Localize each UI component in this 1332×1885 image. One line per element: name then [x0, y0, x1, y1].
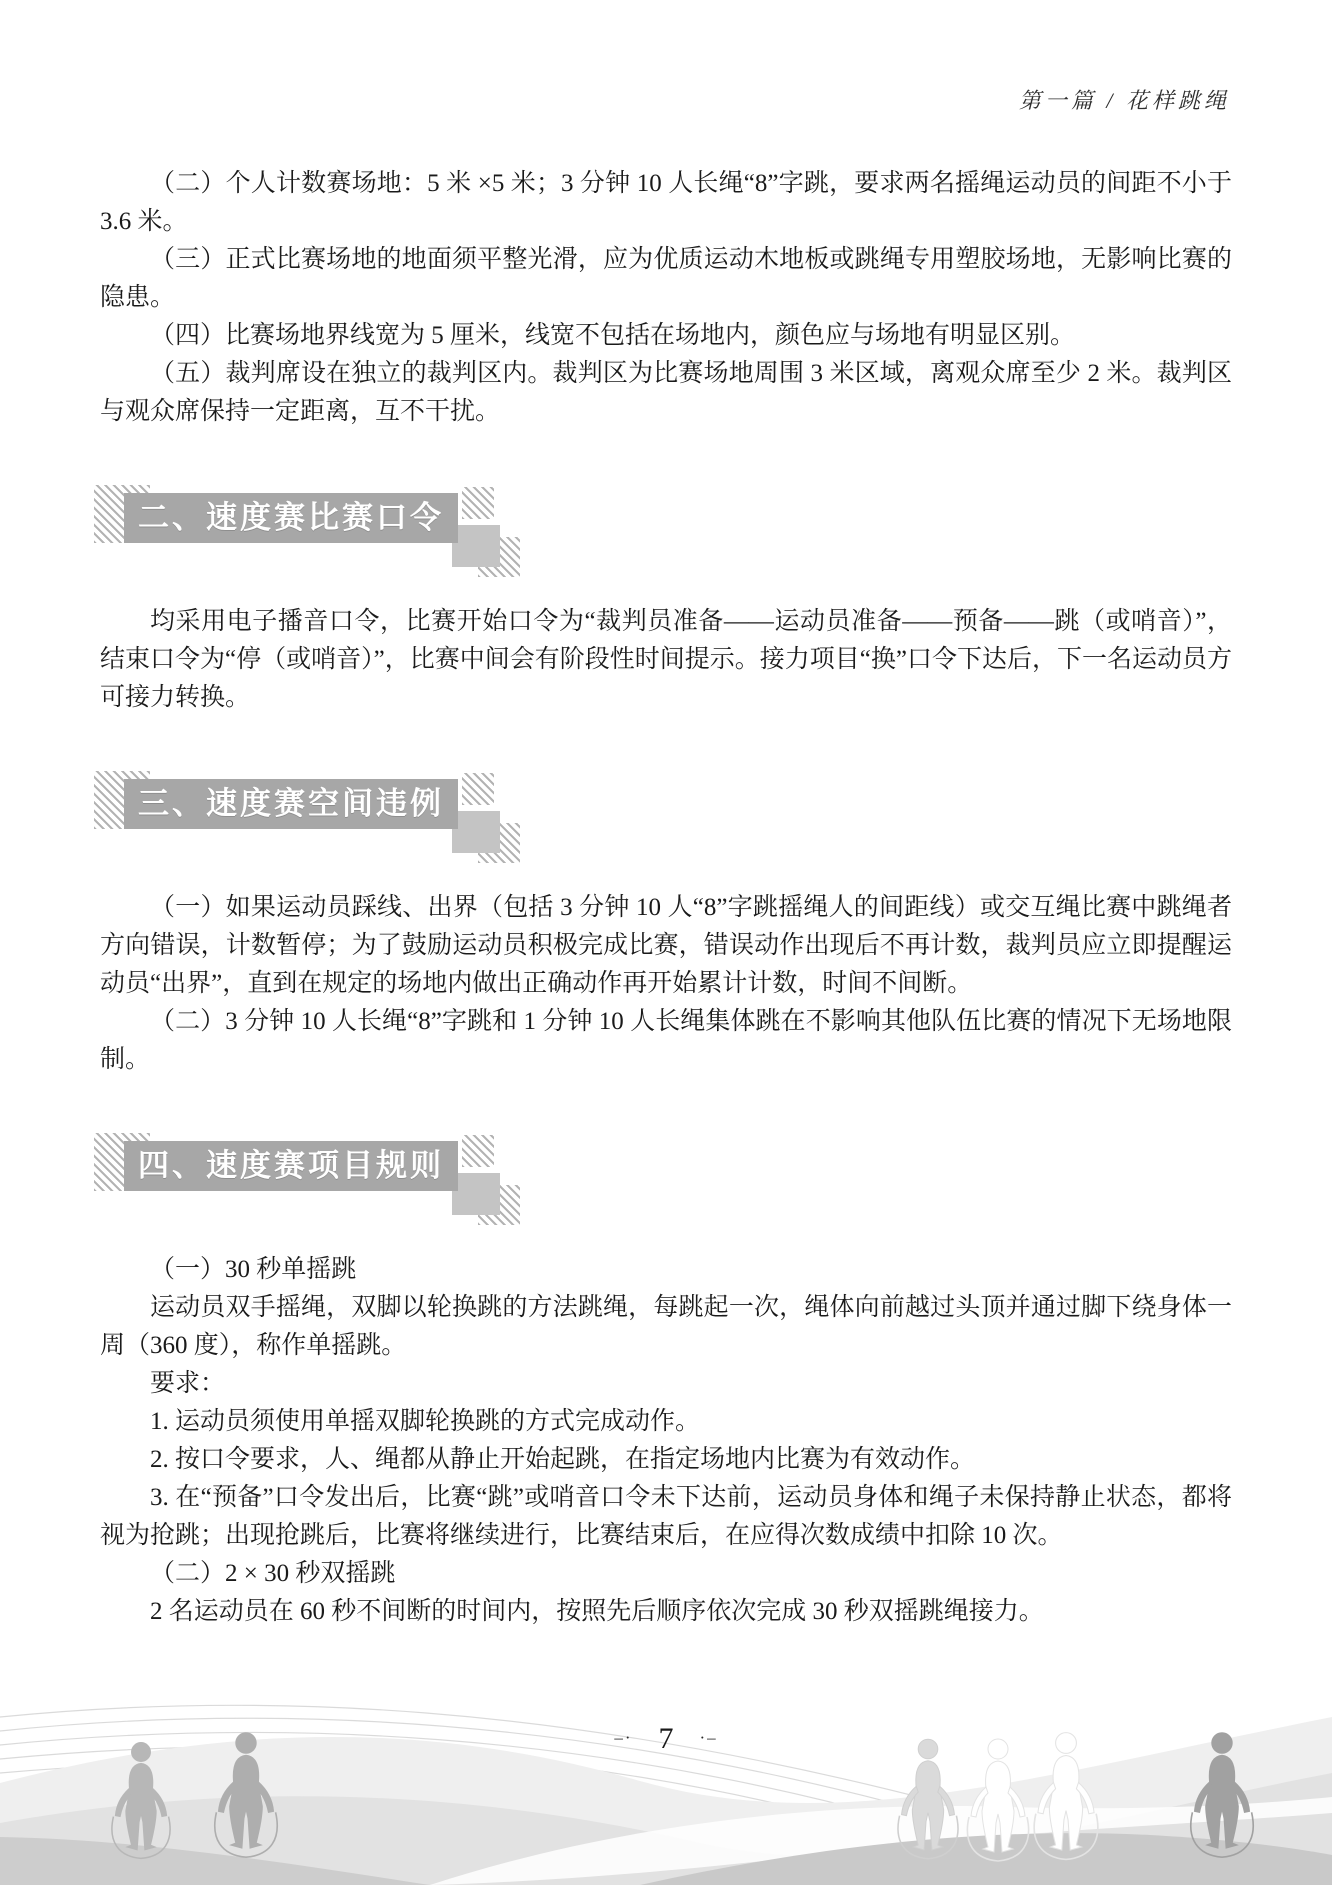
paragraph: 1. 运动员须使用单摇双脚轮换跳的方式完成动作。: [100, 1403, 1232, 1441]
running-head: 第一篇 / 花样跳绳: [1019, 84, 1230, 115]
section-heading-text: 三、速度赛空间违例: [138, 785, 444, 823]
section-heading-text: 二、速度赛比赛口令: [138, 499, 444, 537]
page-number-ornament-right: ·–: [700, 1728, 718, 1747]
paragraph: （二）2 × 30 秒双摇跳: [100, 1555, 1232, 1593]
page-number-ornament-left: –·: [614, 1728, 632, 1747]
page-body: （二）个人计数赛场地：5 米 ×5 米；3 分钟 10 人长绳“8”字跳，要求两…: [100, 165, 1232, 1631]
paragraph: 要求：: [100, 1365, 1232, 1403]
paragraph: （二）3 分钟 10 人长绳“8”字跳和 1 分钟 10 人长绳集体跳在不影响其…: [100, 1003, 1232, 1079]
section-heading: 二、速度赛比赛口令: [124, 493, 458, 543]
section-heading: 三、速度赛空间违例: [124, 779, 458, 829]
square-decoration: [452, 1173, 500, 1215]
section-heading-banner-3: 三、速度赛空间违例: [100, 779, 1232, 831]
book-page: 第一篇 / 花样跳绳 （二）个人计数赛场地：5 米 ×5 米；3 分钟 10 人…: [0, 0, 1332, 1885]
footer-wave-art: [0, 1655, 1332, 1885]
paragraph: （五）裁判席设在独立的裁判区内。裁判区为比赛场地周围 3 米区域，离观众席至少 …: [100, 355, 1232, 431]
hatch-decoration-right: [462, 773, 494, 805]
section-heading-banner-2: 二、速度赛比赛口令: [100, 493, 1232, 545]
page-number-value: 7: [633, 1722, 700, 1755]
square-decoration: [452, 811, 500, 853]
square-decoration: [452, 525, 500, 567]
paragraph: （二）个人计数赛场地：5 米 ×5 米；3 分钟 10 人长绳“8”字跳，要求两…: [100, 165, 1232, 241]
hatch-decoration-right: [462, 487, 494, 519]
paragraph: 2. 按口令要求，人、绳都从静止开始起跳，在指定场地内比赛为有效动作。: [100, 1441, 1232, 1479]
paragraph: （三）正式比赛场地的地面须平整光滑，应为优质运动木地板或跳绳专用塑胶场地，无影响…: [100, 241, 1232, 317]
paragraph: 运动员双手摇绳，双脚以轮换跳的方法跳绳，每跳起一次，绳体向前越过头顶并通过脚下绕…: [100, 1289, 1232, 1365]
paragraph: （四）比赛场地界线宽为 5 厘米，线宽不包括在场地内，颜色应与场地有明显区别。: [100, 317, 1232, 355]
section-heading-text: 四、速度赛项目规则: [138, 1147, 444, 1185]
section-heading: 四、速度赛项目规则: [124, 1141, 458, 1191]
paragraph: （一）如果运动员踩线、出界（包括 3 分钟 10 人“8”字跳摇绳人的间距线）或…: [100, 889, 1232, 1003]
paragraph: 2 名运动员在 60 秒不间断的时间内，按照先后顺序依次完成 30 秒双摇跳绳接…: [100, 1593, 1232, 1631]
paragraph: 均采用电子播音口令，比赛开始口令为“裁判员准备——运动员准备——预备——跳（或哨…: [100, 603, 1232, 717]
paragraph: 3. 在“预备”口令发出后，比赛“跳”或哨音口令未下达前，运动员身体和绳子未保持…: [100, 1479, 1232, 1555]
hatch-decoration-right: [462, 1135, 494, 1167]
page-number: –·7·–: [0, 1722, 1332, 1756]
section-heading-banner-4: 四、速度赛项目规则: [100, 1141, 1232, 1193]
paragraph: （一）30 秒单摇跳: [100, 1251, 1232, 1289]
